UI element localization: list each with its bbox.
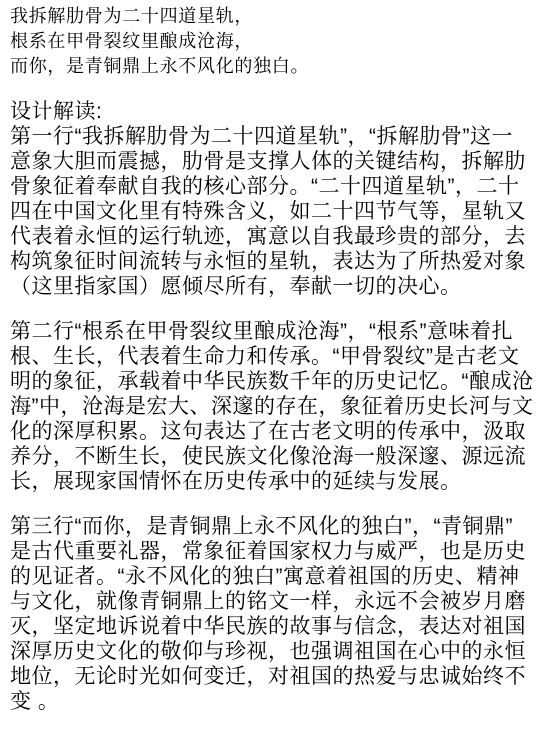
poem-block: 我拆解肋骨为二十四道星轨， 根系在甲骨裂纹里酿成沧海， 而你，是青铜鼎上永不风化… <box>10 4 547 79</box>
commentary-paragraph-1: 第一行“我拆解肋骨为二十四道星轨”，“拆解肋骨”这一 意象大胆而震撼，肋骨是支撑… <box>10 124 547 299</box>
commentary-line: 化的深厚积累。这句表达了在古老文明的传承中，汲取 <box>10 419 547 444</box>
poem-line: 而你，是青铜鼎上永不风化的独白。 <box>10 54 547 79</box>
commentary-line: 代表着永恒的运行轨迹，寓意以自我最珍贵的部分，去 <box>10 224 547 249</box>
commentary-line: 根、生长，代表着生命力和传承。“甲骨裂纹”是古老文 <box>10 344 547 369</box>
commentary-line: 海”中，沧海是宏大、深邃的存在，象征着历史长河与文 <box>10 394 547 419</box>
poem-line: 我拆解肋骨为二十四道星轨， <box>10 4 547 29</box>
commentary-paragraph-3: 第三行“而你，是青铜鼎上永不风化的独白”，“青铜鼎” 是古代重要礼器，常象征着国… <box>10 514 547 714</box>
commentary-line: 与文化，就像青铜鼎上的铭文一样，永远不会被岁月磨 <box>10 589 547 614</box>
commentary-line: （这里指家国）愿倾尽所有，奉献一切的决心。 <box>10 274 547 299</box>
commentary-line: 深厚历史文化的敬仰与珍视，也强调祖国在心中的永恒 <box>10 639 547 664</box>
commentary-line: 灭，坚定地诉说着中华民族的故事与信念，表达对祖国 <box>10 614 547 639</box>
blank-line <box>10 299 547 319</box>
commentary-line: 意象大胆而震撼，肋骨是支撑人体的关键结构，拆解肋 <box>10 149 547 174</box>
poem-line: 根系在甲骨裂纹里酿成沧海， <box>10 29 547 54</box>
commentary-paragraph-2: 第二行“根系在甲骨裂纹里酿成沧海”，“根系”意味着扎 根、生长，代表着生命力和传… <box>10 319 547 494</box>
commentary-line: 变 。 <box>10 689 547 714</box>
commentary-line: 构筑象征时间流转与永恒的星轨，表达为了所热爱对象 <box>10 249 547 274</box>
blank-line <box>10 79 547 99</box>
document-page: 我拆解肋骨为二十四道星轨， 根系在甲骨裂纹里酿成沧海， 而你，是青铜鼎上永不风化… <box>0 0 553 737</box>
blank-line <box>10 494 547 514</box>
commentary-line: 长，展现家国情怀在历史传承中的延续与发展。 <box>10 469 547 494</box>
commentary-line: 第一行“我拆解肋骨为二十四道星轨”，“拆解肋骨”这一 <box>10 124 547 149</box>
commentary-line: 第三行“而你，是青铜鼎上永不风化的独白”，“青铜鼎” <box>10 514 547 539</box>
commentary-line: 是古代重要礼器，常象征着国家权力与威严，也是历史 <box>10 539 547 564</box>
commentary-line: 明的象征，承载着中华民族数千年的历史记忆。“酿成沧 <box>10 369 547 394</box>
commentary-line: 骨象征着奉献自我的核心部分。“二十四道星轨”，二十 <box>10 174 547 199</box>
commentary-line: 的见证者。“永不风化的独白”寓意着祖国的历史、精神 <box>10 564 547 589</box>
commentary-line: 四在中国文化里有特殊含义，如二十四节气等，星轨又 <box>10 199 547 224</box>
commentary-block: 设计解读: 第一行“我拆解肋骨为二十四道星轨”，“拆解肋骨”这一 意象大胆而震撼… <box>10 99 547 714</box>
commentary-line: 地位，无论时光如何变迁，对祖国的热爱与忠诚始终不 <box>10 664 547 689</box>
commentary-line: 第二行“根系在甲骨裂纹里酿成沧海”，“根系”意味着扎 <box>10 319 547 344</box>
commentary-heading: 设计解读: <box>10 99 547 124</box>
commentary-line: 养分，不断生长，使民族文化像沧海一般深邃、源远流 <box>10 444 547 469</box>
